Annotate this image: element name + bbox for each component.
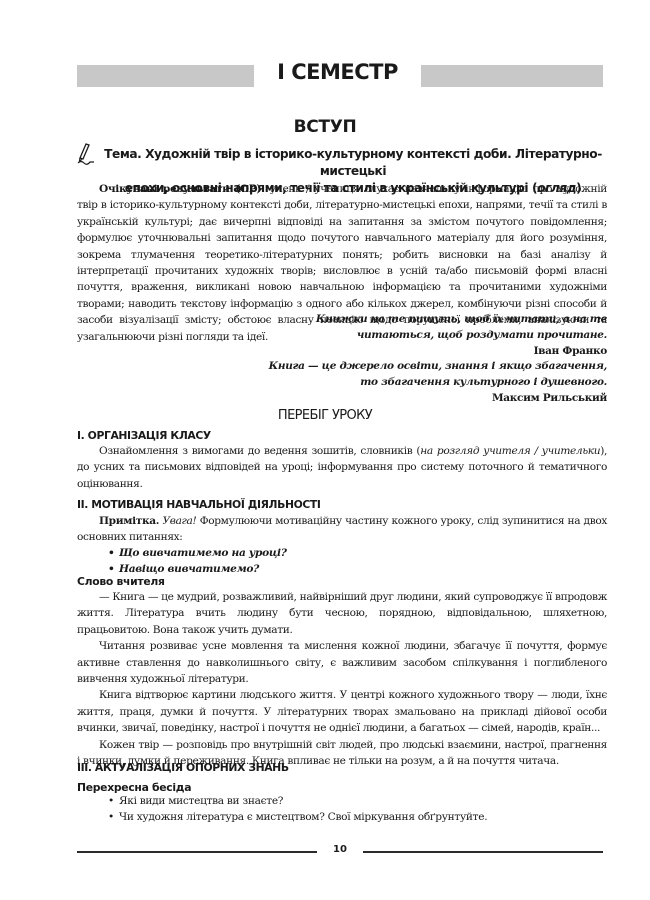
- motivation-note: Примітка. Увага! Формулюючи мотиваційну …: [77, 513, 607, 546]
- semester-banner: І СЕМЕСТР: [77, 65, 603, 87]
- epigraph-author: Іван Франко: [316, 343, 607, 359]
- actualization-questions: Які види мистецтва ви знаєте? Чи художня…: [108, 793, 487, 826]
- paragraph: — Книга — це мудрий, розважливий, найвір…: [77, 589, 607, 638]
- section-heading-organization: I. ОРГАНІЗАЦІЯ КЛАСУ: [77, 429, 211, 442]
- epigraph-author: Максим Рильський: [269, 390, 607, 406]
- pen-icon: [77, 142, 99, 166]
- topic-line-1: Тема. Художній твір в історико-культурно…: [99, 146, 607, 180]
- motivation-questions: Що вивчатимемо на уроці? Навіщо вивчатим…: [108, 545, 287, 578]
- footer-rule-right: [363, 851, 603, 853]
- epigraph-rylsky: Книга — це джерело освіти, знання і якщо…: [269, 358, 607, 406]
- section-heading-actualization: III. АКТУАЛІЗАЦІЯ ОПОРНИХ ЗНАНЬ: [77, 761, 289, 774]
- paragraph: Книга відтворює картини людського життя.…: [77, 687, 607, 736]
- list-item: Що вивчатимемо на уроці?: [108, 545, 287, 561]
- banner-bar-right: [421, 65, 603, 87]
- footer-rule-left: [77, 851, 317, 853]
- section-heading-motivation: II. МОТИВАЦІЯ НАВЧАЛЬНОЇ ДІЯЛЬНОСТІ: [77, 498, 320, 511]
- organization-paragraph: Ознайомлення з вимогами до ведення зошит…: [77, 443, 607, 492]
- section-title: ВСТУП: [0, 117, 650, 137]
- document-page: І СЕМЕСТР ВСТУП Тема. Художній твір в іс…: [0, 0, 650, 900]
- list-item: Чи художня література є мистецтвом? Свої…: [108, 809, 487, 825]
- semester-title: І СЕМЕСТР: [254, 60, 421, 84]
- list-item: Які види мистецтва ви знаєте?: [108, 793, 487, 809]
- expected-results-label: Очікувані результати (ОР):: [99, 183, 265, 195]
- banner-bar-left: [77, 65, 254, 87]
- teacher-word-text: — Книга — це мудрий, розважливий, найвір…: [77, 589, 607, 769]
- paragraph: Читання розвиває усне мовлення та мислен…: [77, 638, 607, 687]
- page-number: 10: [317, 844, 363, 855]
- epigraph-franko: Книжки на те пишуть, щоб їх читати, а на…: [316, 311, 607, 359]
- subheading-teacher-word: Слово вчителя: [77, 575, 165, 588]
- lesson-progress-title: ПЕРЕБІГ УРОКУ: [0, 408, 650, 423]
- page-footer: 10: [77, 845, 603, 859]
